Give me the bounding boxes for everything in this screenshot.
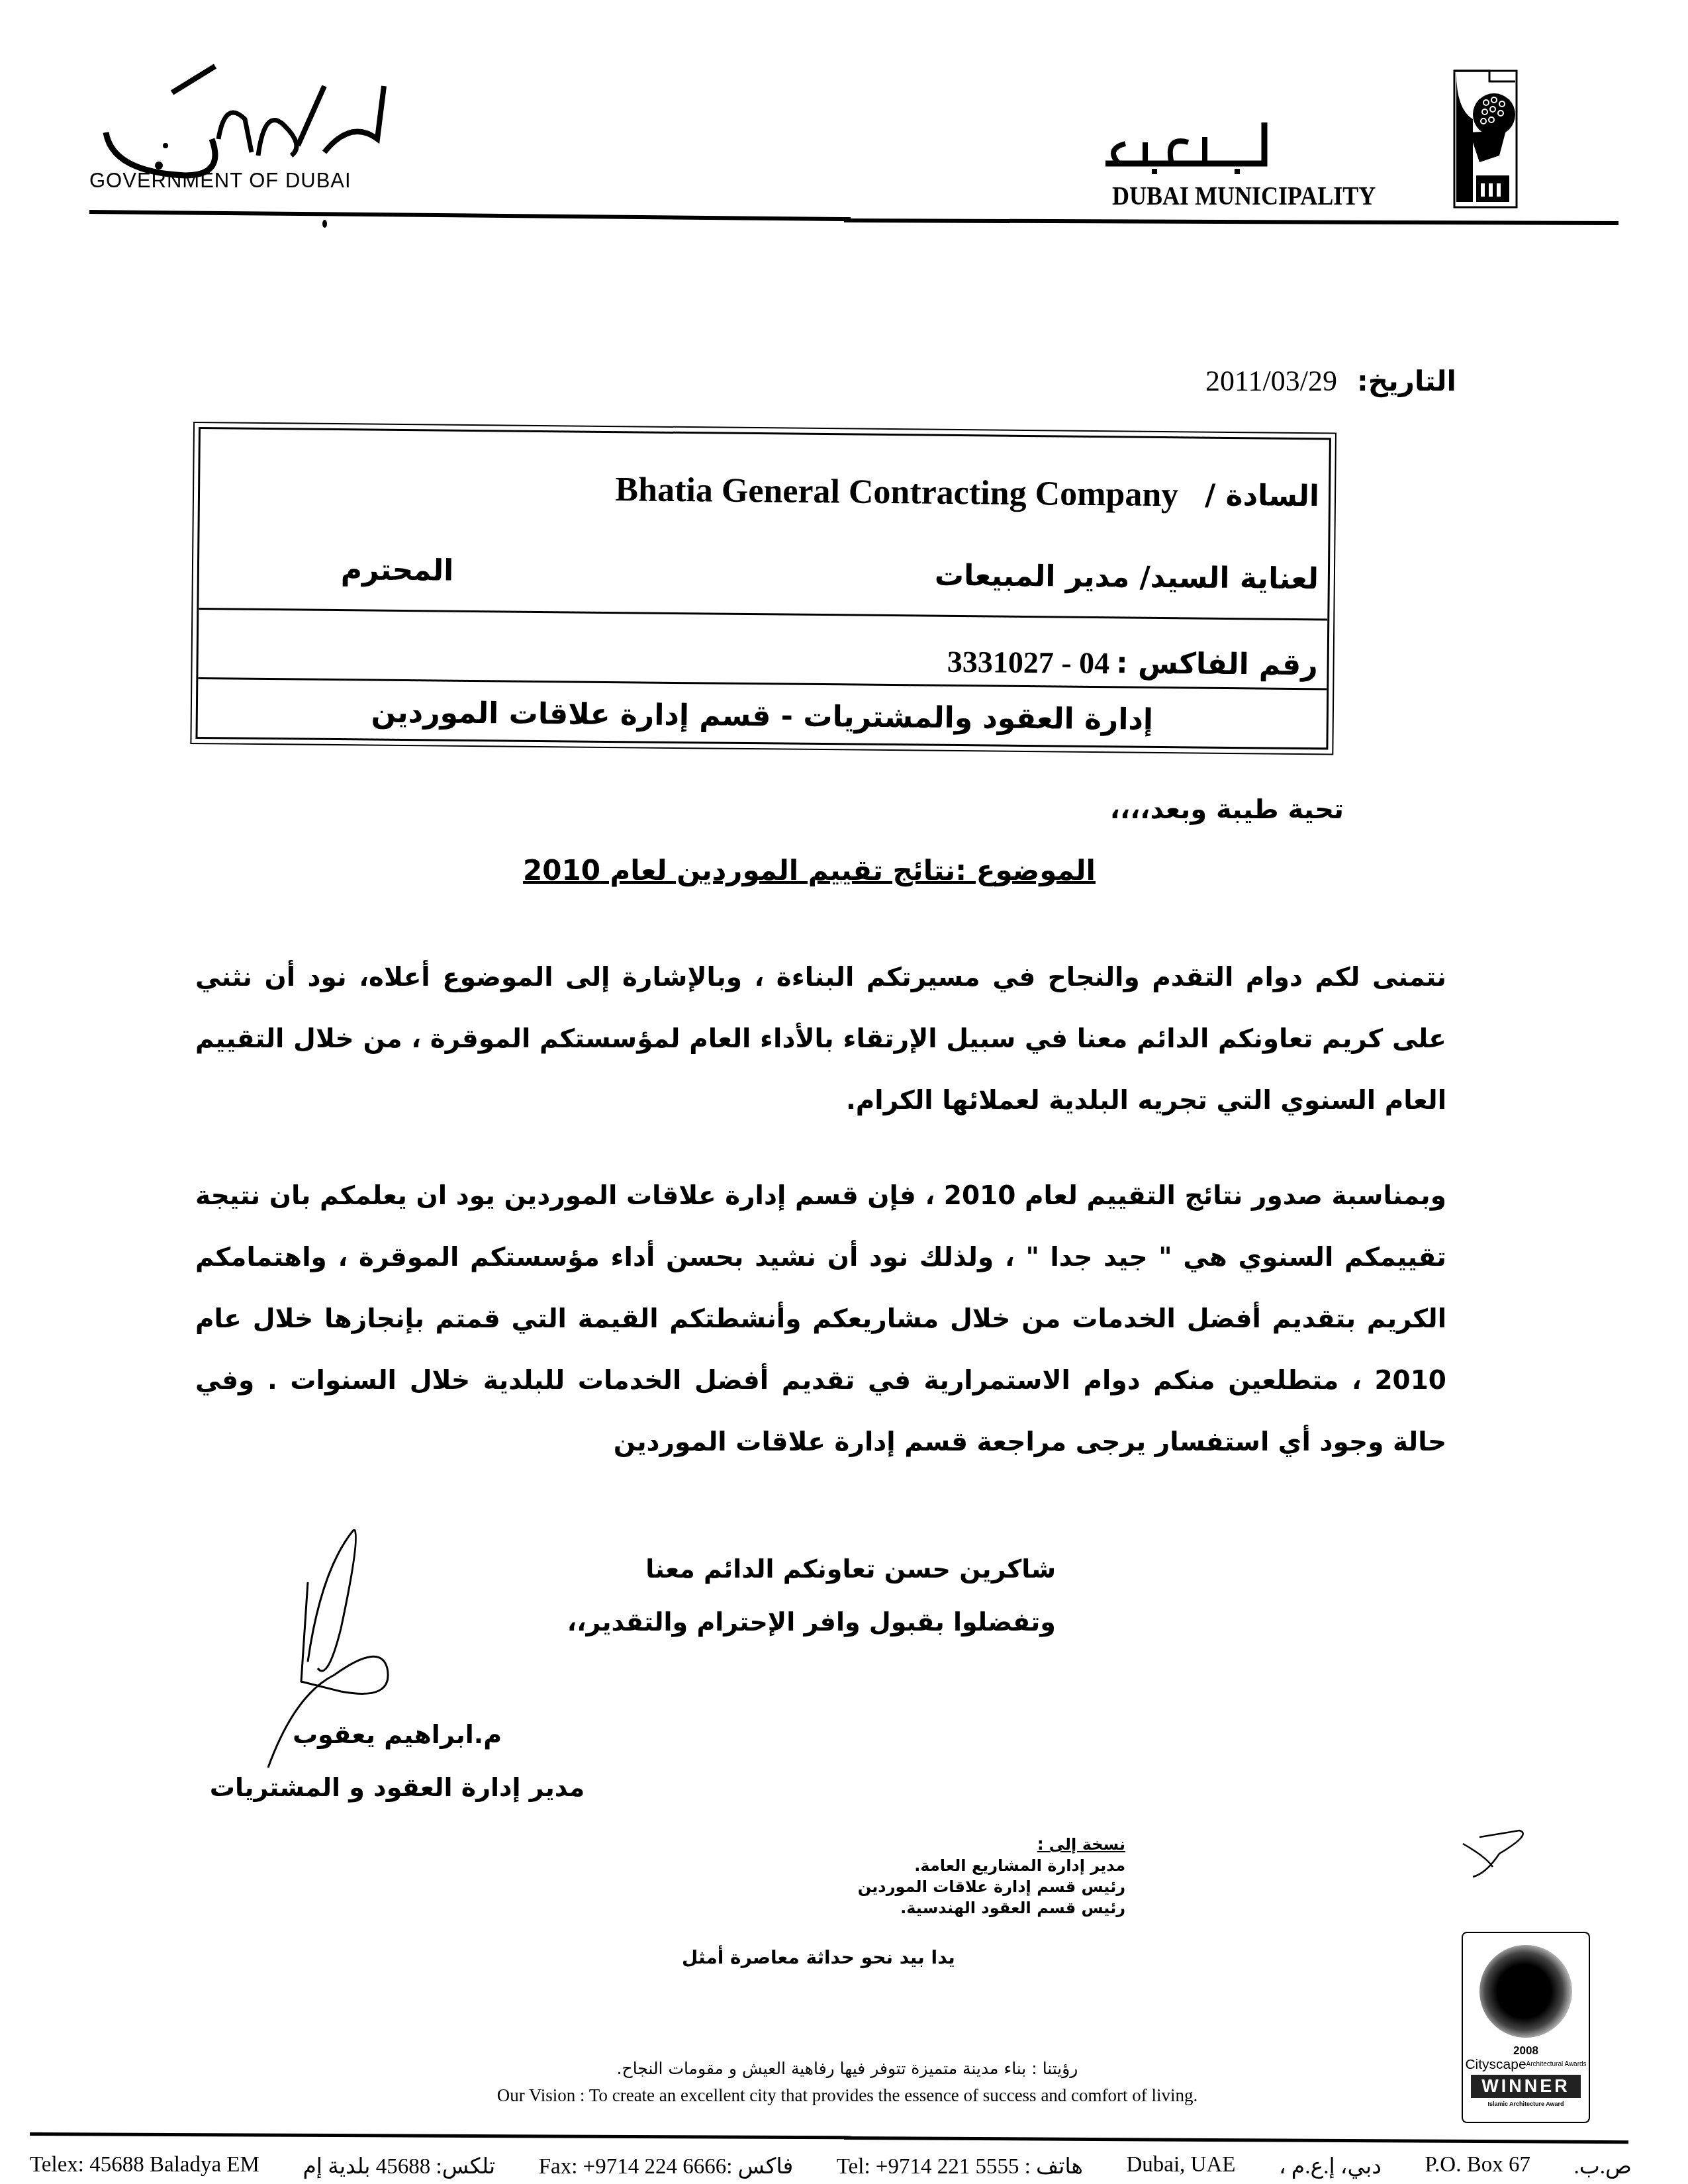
paragraph-2: وبمناسبة صدور نتائج التقييم لعام 2010 ، …	[195, 1165, 1446, 1473]
address-divider-1	[199, 608, 1327, 620]
dubai-municipality-english: DUBAI MUNICIPALITY	[1112, 180, 1376, 211]
signatory-block: م.ابراهيم يعقوب مدير إدارة العقود و المش…	[192, 1708, 602, 1814]
date-label: التاريخ:	[1357, 365, 1456, 397]
vision-arabic: رؤيتنا : بناء مدينة متميزة تتوفر فيها رف…	[384, 2059, 1311, 2078]
closing-block: شاكرين حسن تعاونكم الدائم معنا وتفضلوا ب…	[567, 1543, 1056, 1648]
telex: Telex: 45688 Baladya EM	[30, 2153, 259, 2179]
fax: Fax: +9714 224 6666: فاكس	[539, 2153, 794, 2179]
footer-divider-left	[30, 2132, 851, 2139]
telex-arabic: تلكس: 45688 بلدية إم	[303, 2153, 495, 2179]
footer-divider-right	[844, 2136, 1628, 2144]
vision-english: Our Vision : To create an excellent city…	[384, 2085, 1311, 2106]
city: Dubai, UAE	[1126, 2153, 1235, 2179]
award-name-text: Cityscape	[1465, 2057, 1526, 2072]
award-name: CityscapeArchitectural Awards	[1463, 2058, 1589, 2072]
city-arabic: دبي، إ.ع.م ،	[1279, 2153, 1382, 2179]
header-divider-left	[89, 210, 851, 221]
salutation-label: السادة /	[1205, 478, 1319, 513]
attention-line: لعناية السيد/ مدير المبيعات	[935, 558, 1319, 596]
award-name-suffix: Architectural Awards	[1526, 2061, 1587, 2068]
cityscape-award-badge: 2008 CityscapeArchitectural Awards WINNE…	[1462, 1932, 1590, 2123]
government-of-dubai-arabic-logo	[86, 46, 397, 179]
date-value: 2011/03/29	[1205, 364, 1337, 398]
po-box-arabic: ص.ب.	[1573, 2153, 1631, 2179]
closing-line-2: وتفضلوا بقبول وافر الإحترام والتقدير،،	[567, 1595, 1056, 1648]
motto: يدا بيد نحو حداثة معاصرة أمثل	[682, 1946, 955, 1968]
department-row: إدارة العقود والمشتريات - قسم إدارة علاق…	[198, 690, 1327, 741]
cc-recipient: مدير إدارة المشاريع العامة.	[858, 1855, 1125, 1876]
award-winner-badge: WINNER	[1471, 2075, 1581, 2098]
municipality-arabic-wordmark-icon	[1105, 122, 1271, 175]
government-of-dubai-english: GOVERNMENT OF DUBAI	[89, 169, 352, 193]
honorific: المحترم	[341, 553, 454, 588]
closing-line-1: شاكرين حسن تعاونكم الدائم معنا	[567, 1543, 1056, 1595]
date-line: التاريخ: 2011/03/29	[1205, 364, 1456, 398]
po-box: P.O. Box 67	[1425, 2153, 1530, 2179]
attention-row: لعناية السيد/ مدير المبيعات المحترم	[199, 542, 1329, 605]
greeting: تحية طيبة وبعد،،،،	[1110, 794, 1344, 825]
tel: Tel: +9714 221 5555 : هاتف	[837, 2153, 1083, 2179]
signatory-name: م.ابراهيم يعقوب	[192, 1708, 602, 1761]
signatory-title: مدير إدارة العقود و المشتريات	[192, 1761, 602, 1814]
dubai-municipality-emblem-icon	[1453, 70, 1518, 209]
scan-dot	[322, 220, 327, 228]
recipient-company-row: السادة / Bhatia General Contracting Comp…	[200, 462, 1329, 519]
header-divider-right	[844, 218, 1618, 225]
cc-block: نسخة إلى : مدير إدارة المشاريع العامة. ر…	[858, 1834, 1125, 1919]
subject-line: الموضوع :نتائج تقييم الموردين لعام 2010	[523, 854, 1096, 886]
fax-number: 3331027 - 04	[947, 643, 1110, 680]
initials-mark	[1460, 1827, 1532, 1880]
cc-recipient: رئيس قسم العقود الهندسية.	[858, 1897, 1125, 1919]
dubai-municipality-arabic-wordmark	[1105, 122, 1271, 175]
award-emblem-icon	[1479, 1945, 1572, 2038]
paragraph-1: نتمنى لكم دوام التقدم والنجاح في مسيرتكم…	[195, 947, 1446, 1131]
recipient-address-box: السادة / Bhatia General Contracting Comp…	[195, 427, 1331, 749]
recipient-company: Bhatia General Contracting Company	[615, 470, 1178, 514]
initials-icon	[1460, 1827, 1532, 1880]
award-category: Islamic Architecture Award	[1463, 2101, 1589, 2107]
cc-title: نسخة إلى :	[858, 1834, 1125, 1855]
government-calligraphy-icon	[86, 46, 397, 179]
award-year: 2008	[1463, 2044, 1589, 2058]
fax-label: رقم الفاكس :	[1116, 646, 1318, 682]
sender-department: إدارة العقود والمشتريات - قسم إدارة علاق…	[371, 695, 1153, 736]
contact-line: Telex: 45688 Baladya EM تلكس: 45688 بلدي…	[30, 2153, 1632, 2179]
cc-recipient: رئيس قسم إدارة علاقات الموردين	[858, 1876, 1125, 1897]
